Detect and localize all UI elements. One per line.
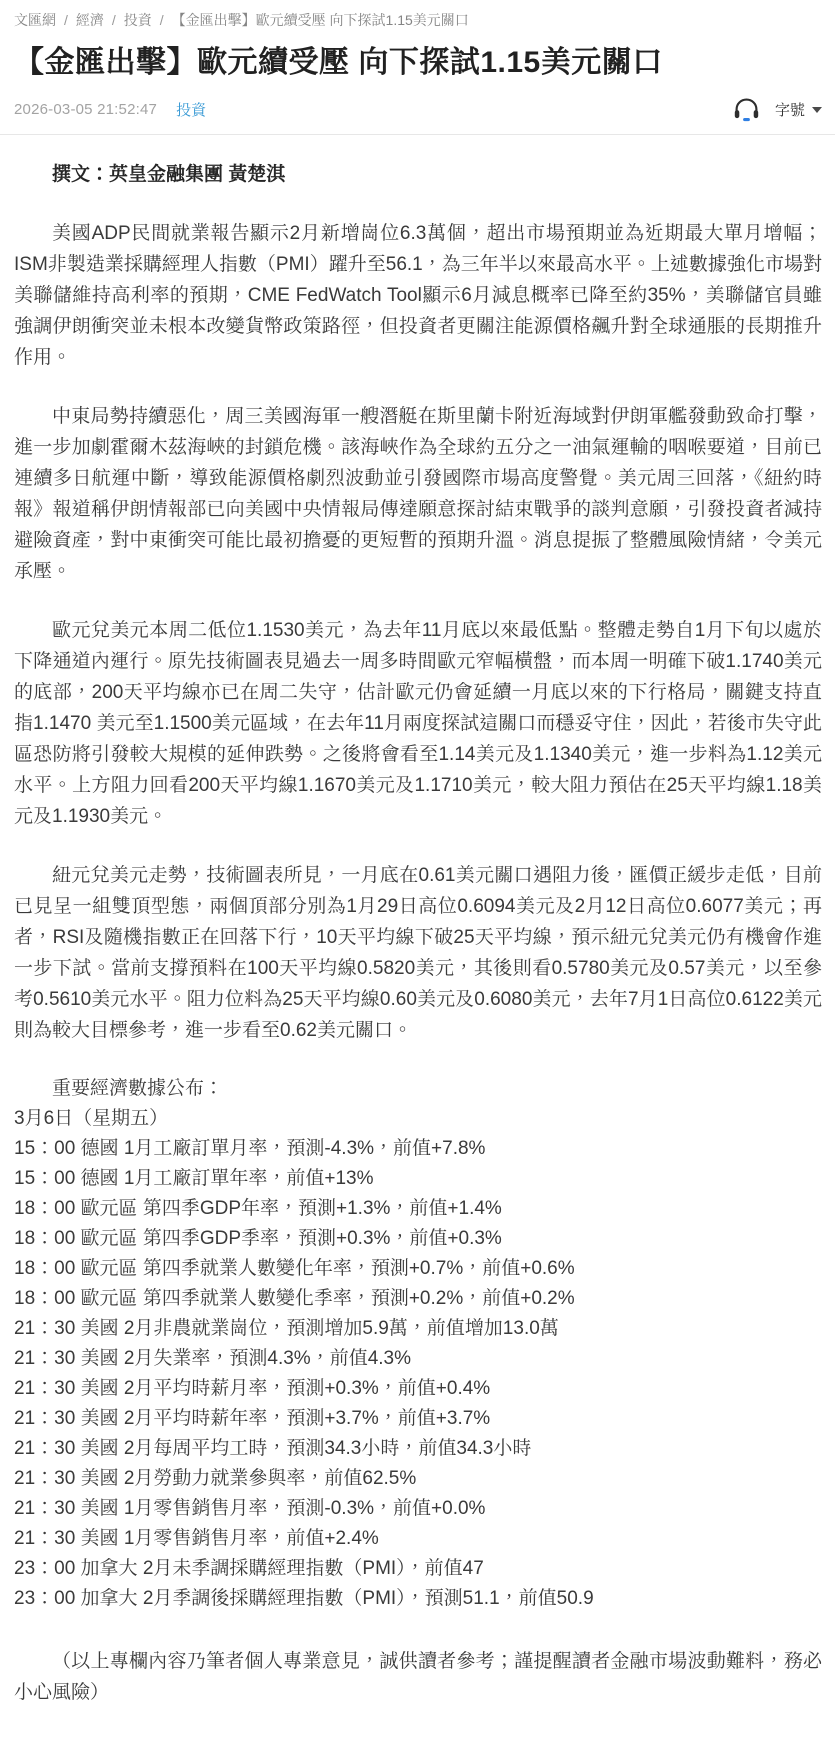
schedule-item: 21：30 美國 1月零售銷售月率，預測-0.3%，前值+0.0%	[14, 1494, 822, 1524]
breadcrumb: 文匯網/經濟/投資/【金匯出擊】歐元續受壓 向下探試1.15美元關口	[14, 10, 822, 30]
schedule-item: 15：00 德國 1月工廠訂單月率，預測-4.3%，前值+7.8%	[14, 1134, 822, 1164]
breadcrumb-economy[interactable]: 經濟	[76, 12, 104, 28]
font-size-label: 字號	[775, 99, 805, 120]
paragraph-us-jobs-data: 美國ADP民間就業報告顯示2月新增崗位6.3萬個，超出市場預期並為近期最大單月增…	[14, 218, 822, 373]
paragraph-nzd-usd: 紐元兌美元走勢，技術圖表所見，一月底在0.61美元關口遇阻力後，匯價正緩步走低，…	[14, 860, 822, 1046]
schedule-item: 18：00 歐元區 第四季GDP季率，預測+0.3%，前值+0.3%	[14, 1224, 822, 1254]
article-tools: 字號	[733, 97, 822, 122]
font-size-control[interactable]: 字號	[775, 99, 822, 120]
category-tag-invest[interactable]: 投資	[176, 99, 206, 120]
publish-timestamp: 2026-03-05 21:52:47	[14, 101, 157, 118]
disclaimer: （以上專欄內容乃筆者個人專業意見，誠供讀者參考；謹提醒讀者金融市場波動難料，務必…	[14, 1646, 822, 1708]
schedule-item: 21：30 美國 2月失業率，預測4.3%，前值4.3%	[14, 1344, 822, 1374]
schedule-item: 21：30 美國 1月零售銷售月率，前值+2.4%	[14, 1524, 822, 1554]
article-page: 文匯網/經濟/投資/【金匯出擊】歐元續受壓 向下探試1.15美元關口 【金匯出擊…	[0, 0, 835, 1744]
chevron-down-icon	[812, 107, 822, 113]
schedule-item: 21：30 美國 2月平均時薪年率，預測+3.7%，前值+3.7%	[14, 1404, 822, 1434]
schedule-item: 21：30 美國 2月勞動力就業參與率，前值62.5%	[14, 1464, 822, 1494]
page-title: 【金匯出擊】歐元續受壓 向下探試1.15美元關口	[14, 43, 822, 83]
breadcrumb-site[interactable]: 文匯網	[14, 12, 56, 28]
schedule-item: 23：00 加拿大 2月季調後採購經理指數（PMI），預測51.1，前值50.9	[14, 1584, 822, 1614]
breadcrumb-separator: /	[64, 12, 68, 28]
headphones-icon[interactable]	[733, 97, 760, 122]
economic-data-section: 重要經濟數據公布： 3月6日（星期五） 15：00 德國 1月工廠訂單月率，預測…	[14, 1074, 822, 1614]
schedule-item: 15：00 德國 1月工廠訂單年率，前值+13%	[14, 1164, 822, 1194]
article-meta: 2026-03-05 21:52:47 投資 字號	[14, 96, 822, 122]
schedule-item: 21：30 美國 2月非農就業崗位，預測增加5.9萬，前值增加13.0萬	[14, 1314, 822, 1344]
breadcrumb-separator: /	[112, 12, 116, 28]
schedule-item: 21：30 美國 2月每周平均工時，預測34.3小時，前值34.3小時	[14, 1434, 822, 1464]
paragraph-eur-usd: 歐元兌美元本周二低位1.1530美元，為去年11月底以來最低點。整體走勢自1月下…	[14, 615, 822, 832]
article-body: 撰文：英皇金融集團 黃楚淇 美國ADP民間就業報告顯示2月新增崗位6.3萬個，超…	[14, 135, 822, 1708]
schedule-item: 18：00 歐元區 第四季就業人數變化季率，預測+0.2%，前值+0.2%	[14, 1284, 822, 1314]
economic-data-heading: 重要經濟數據公布：	[14, 1074, 822, 1104]
breadcrumb-separator: /	[160, 12, 164, 28]
schedule-date: 3月6日（星期五）	[14, 1104, 822, 1134]
breadcrumb-invest[interactable]: 投資	[124, 12, 152, 28]
schedule-item: 21：30 美國 2月平均時薪月率，預測+0.3%，前值+0.4%	[14, 1374, 822, 1404]
paragraph-middle-east: 中東局勢持續惡化，周三美國海軍一艘潛艇在斯里蘭卡附近海域對伊朗軍艦發動致命打擊，…	[14, 401, 822, 587]
breadcrumb-current: 【金匯出擊】歐元續受壓 向下探試1.15美元關口	[172, 12, 469, 28]
schedule-item: 18：00 歐元區 第四季GDP年率，預測+1.3%，前值+1.4%	[14, 1194, 822, 1224]
schedule-item: 23：00 加拿大 2月未季調採購經理指數（PMI），前值47	[14, 1554, 822, 1584]
byline: 撰文：英皇金融集團 黃楚淇	[14, 159, 822, 190]
schedule-item: 18：00 歐元區 第四季就業人數變化年率，預測+0.7%，前值+0.6%	[14, 1254, 822, 1284]
